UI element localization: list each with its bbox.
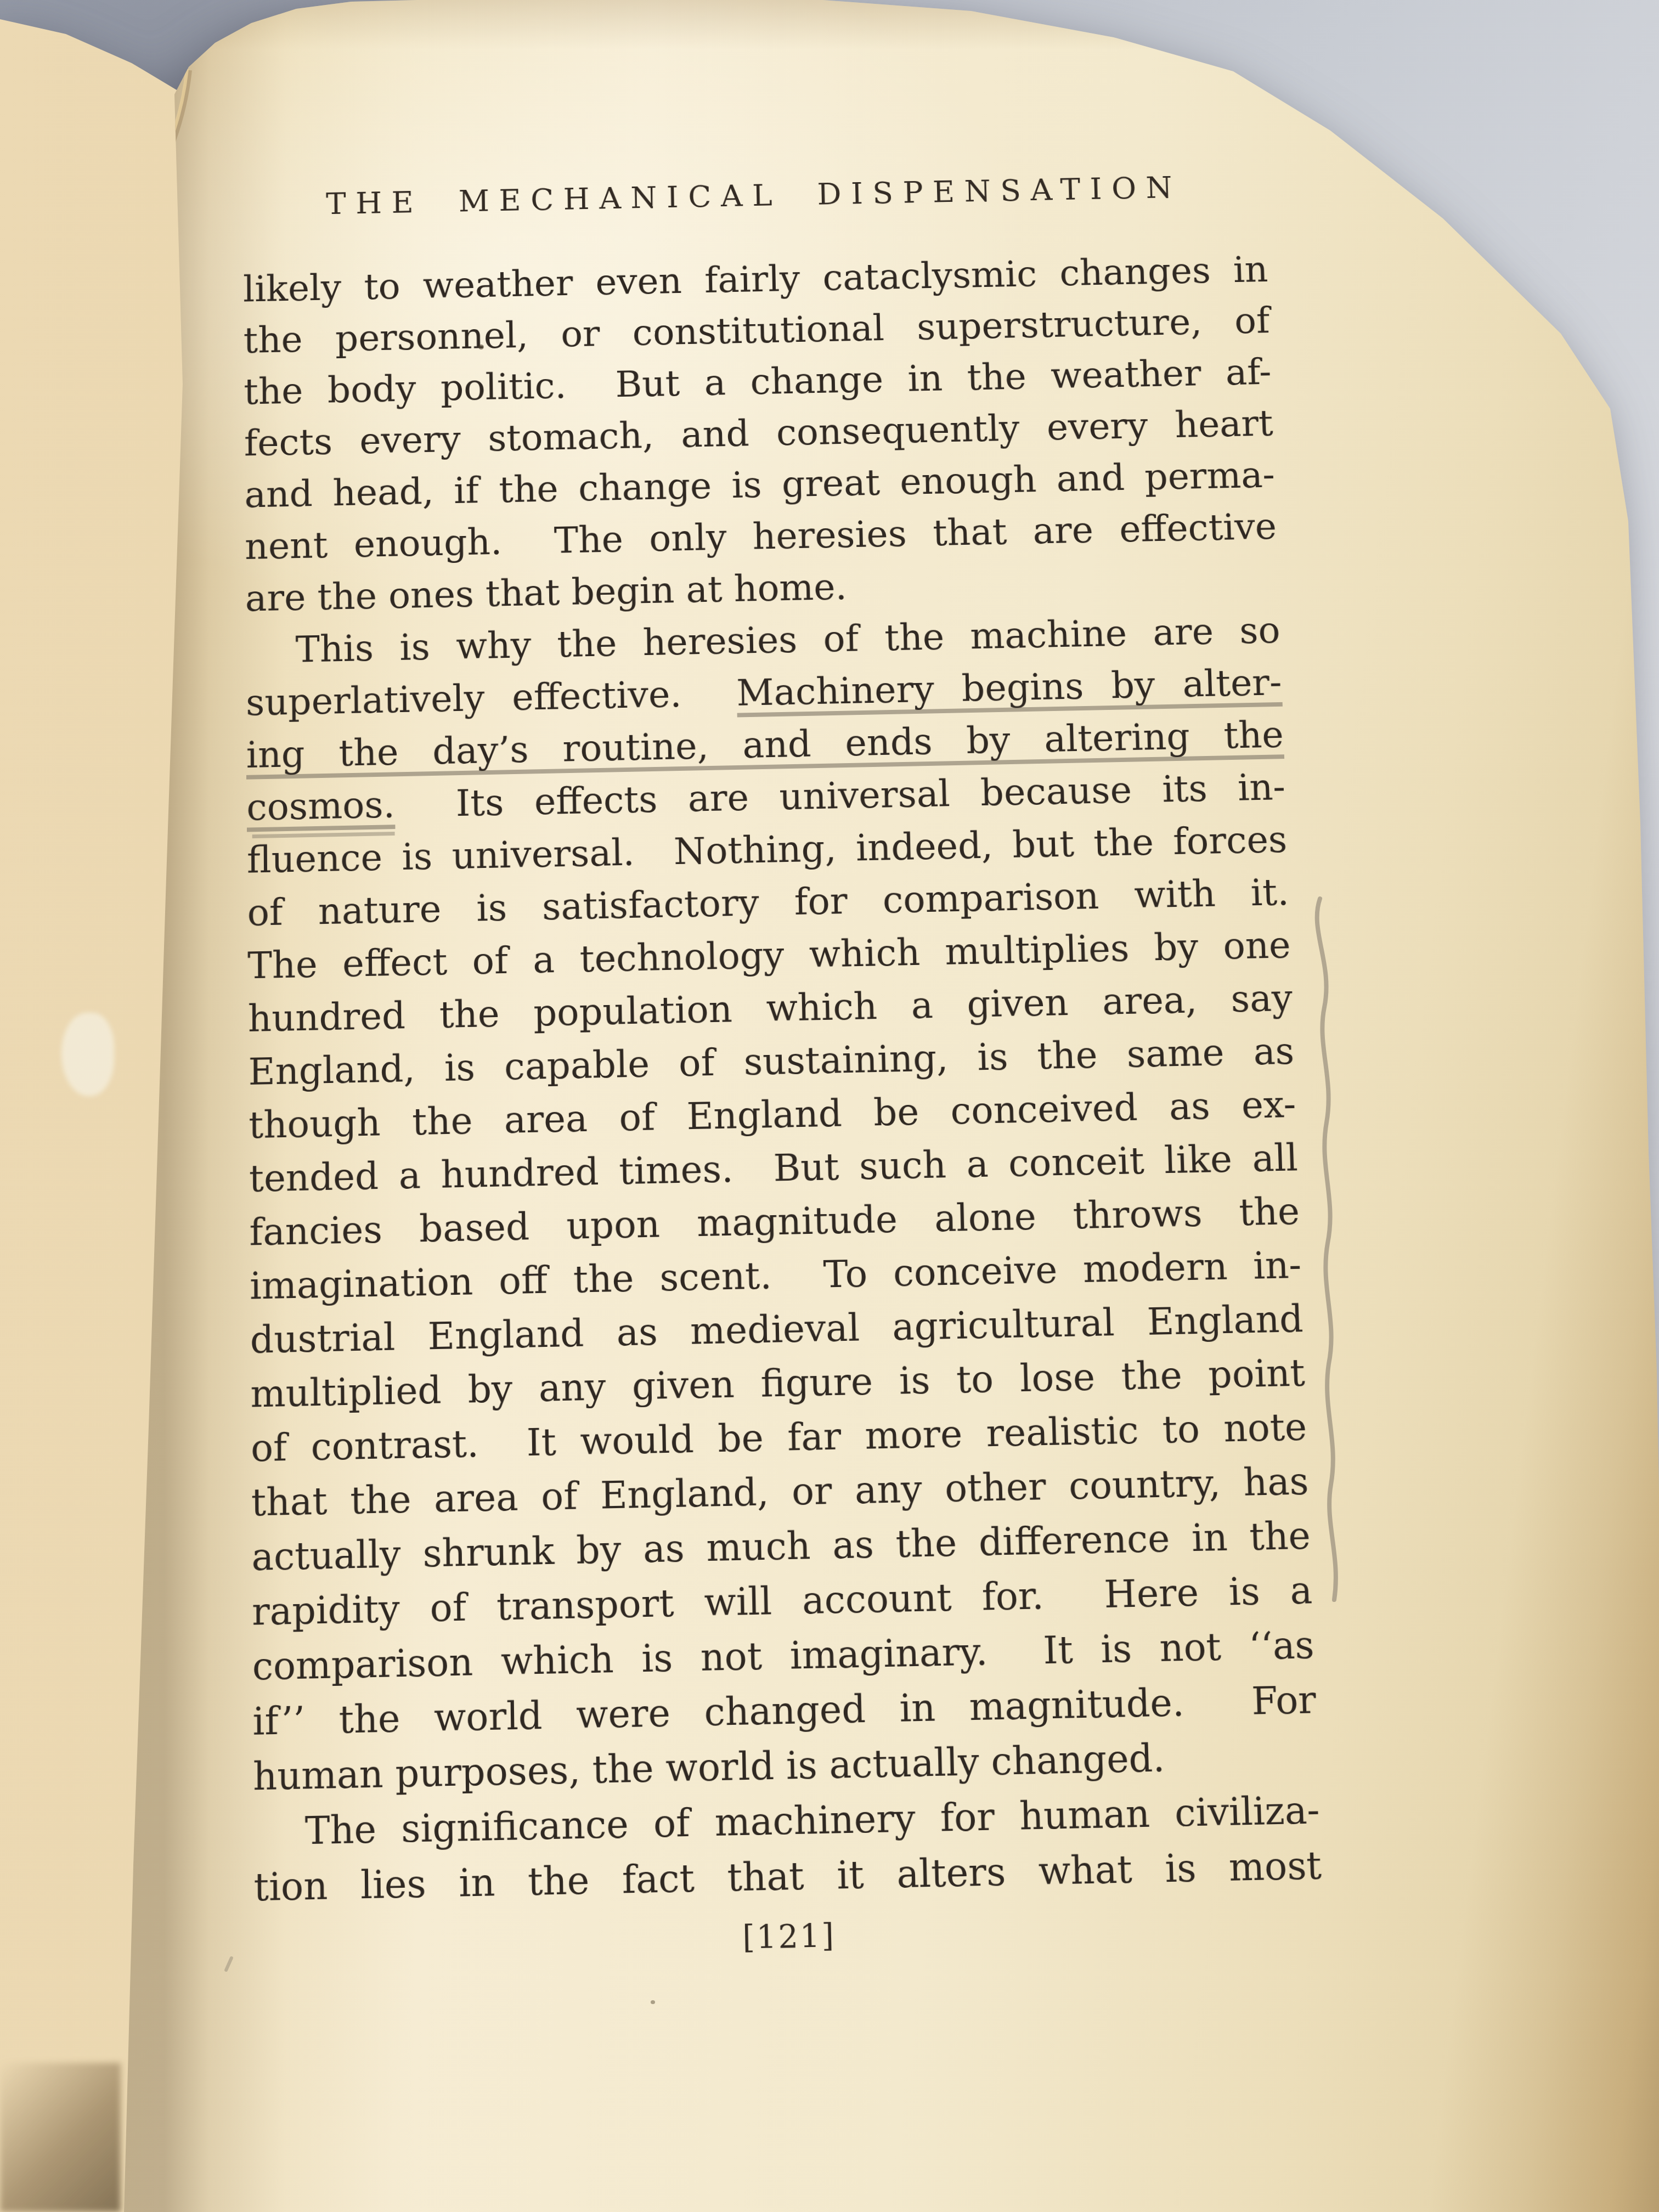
page-text: THE MECHANICAL DISPENSATION likely to we… [242, 158, 1324, 1967]
paper-speck [478, 345, 484, 349]
pencil-underlined-text: Machinery begins by alter- [736, 661, 1283, 717]
bottom-left-shadow [0, 2063, 121, 2212]
margin-pencil-squiggle [1299, 892, 1365, 1616]
book-page: THE MECHANICAL DISPENSATION likely to we… [0, 0, 1659, 2212]
paper-speck [651, 2000, 655, 2004]
open-book: THE MECHANICAL DISPENSATION likely to we… [0, 0, 1659, 2212]
text-segment: superlatively effective. [246, 672, 737, 724]
stray-pencil-mark [224, 1956, 234, 1972]
page-number: [121] [254, 1908, 1324, 1967]
book-page-photo: THE MECHANICAL DISPENSATION likely to we… [0, 0, 1659, 2212]
pencil-underlined-text: cosmos. [246, 783, 395, 838]
text-segment: are the ones that begin at home. [245, 566, 848, 619]
paper-chip-blemish [61, 1013, 114, 1096]
body-text: likely to weather even fairly cataclysmi… [243, 244, 1323, 1916]
running-head: THE MECHANICAL DISPENSATION [242, 167, 1266, 225]
